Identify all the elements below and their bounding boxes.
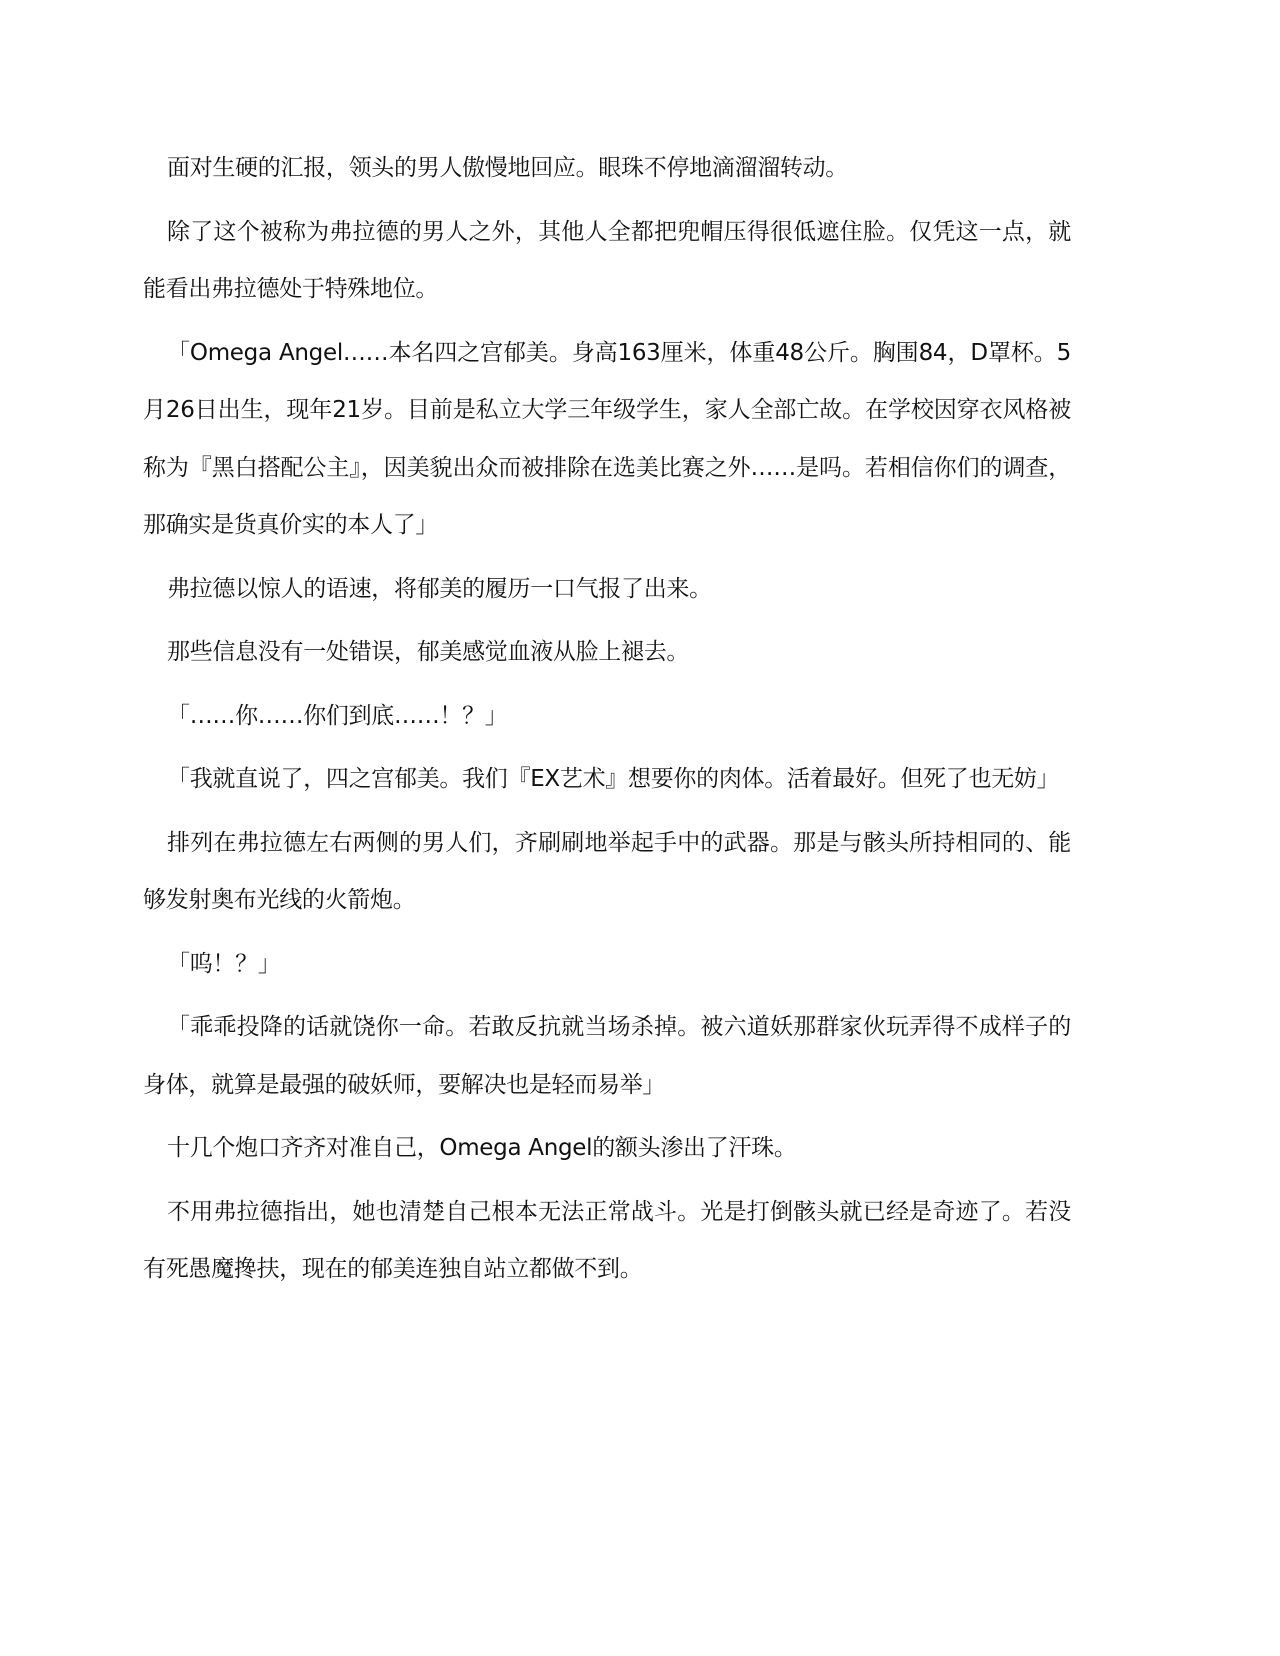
paragraph-narration: 那些信息没有一处错误，郁美感觉血液从脸上褪去。 [143,624,1071,682]
paragraph-narration: 面对生硬的汇报，领头的男人傲慢地回应。眼珠不停地滴溜溜转动。 [143,140,1071,198]
paragraph-dialogue: 「Omega Angel……本名四之宫郁美。身高163厘米，体重48公斤。胸围8… [143,325,1071,555]
paragraph-dialogue: 「呜！？」 [143,936,1071,994]
paragraph-narration: 排列在弗拉德左右两侧的男人们，齐刷刷地举起手中的武器。那是与骸头所持相同的、能够… [143,815,1071,930]
paragraph-narration: 除了这个被称为弗拉德的男人之外，其他人全都把兜帽压得很低遮住脸。仅凭这一点，就能… [143,204,1071,319]
paragraph-dialogue: 「……你……你们到底……！？」 [143,688,1071,746]
paragraph-narration: 弗拉德以惊人的语速，将郁美的履历一口气报了出来。 [143,561,1071,619]
paragraph-dialogue: 「乖乖投降的话就饶你一命。若敢反抗就当场杀掉。被六道妖那群家伙玩弄得不成样子的身… [143,999,1071,1114]
paragraph-dialogue: 「我就直说了，四之宫郁美。我们『EX艺术』想要你的肉体。活着最好。但死了也无妨」 [143,751,1071,809]
document-page: 面对生硬的汇报，领头的男人傲慢地回应。眼珠不停地滴溜溜转动。 除了这个被称为弗拉… [143,140,1071,1305]
paragraph-narration: 不用弗拉德指出，她也清楚自己根本无法正常战斗。光是打倒骸头就已经是奇迹了。若没有… [143,1184,1071,1299]
paragraph-narration: 十几个炮口齐齐对准自己，Omega Angel的额头渗出了汗珠。 [143,1120,1071,1178]
